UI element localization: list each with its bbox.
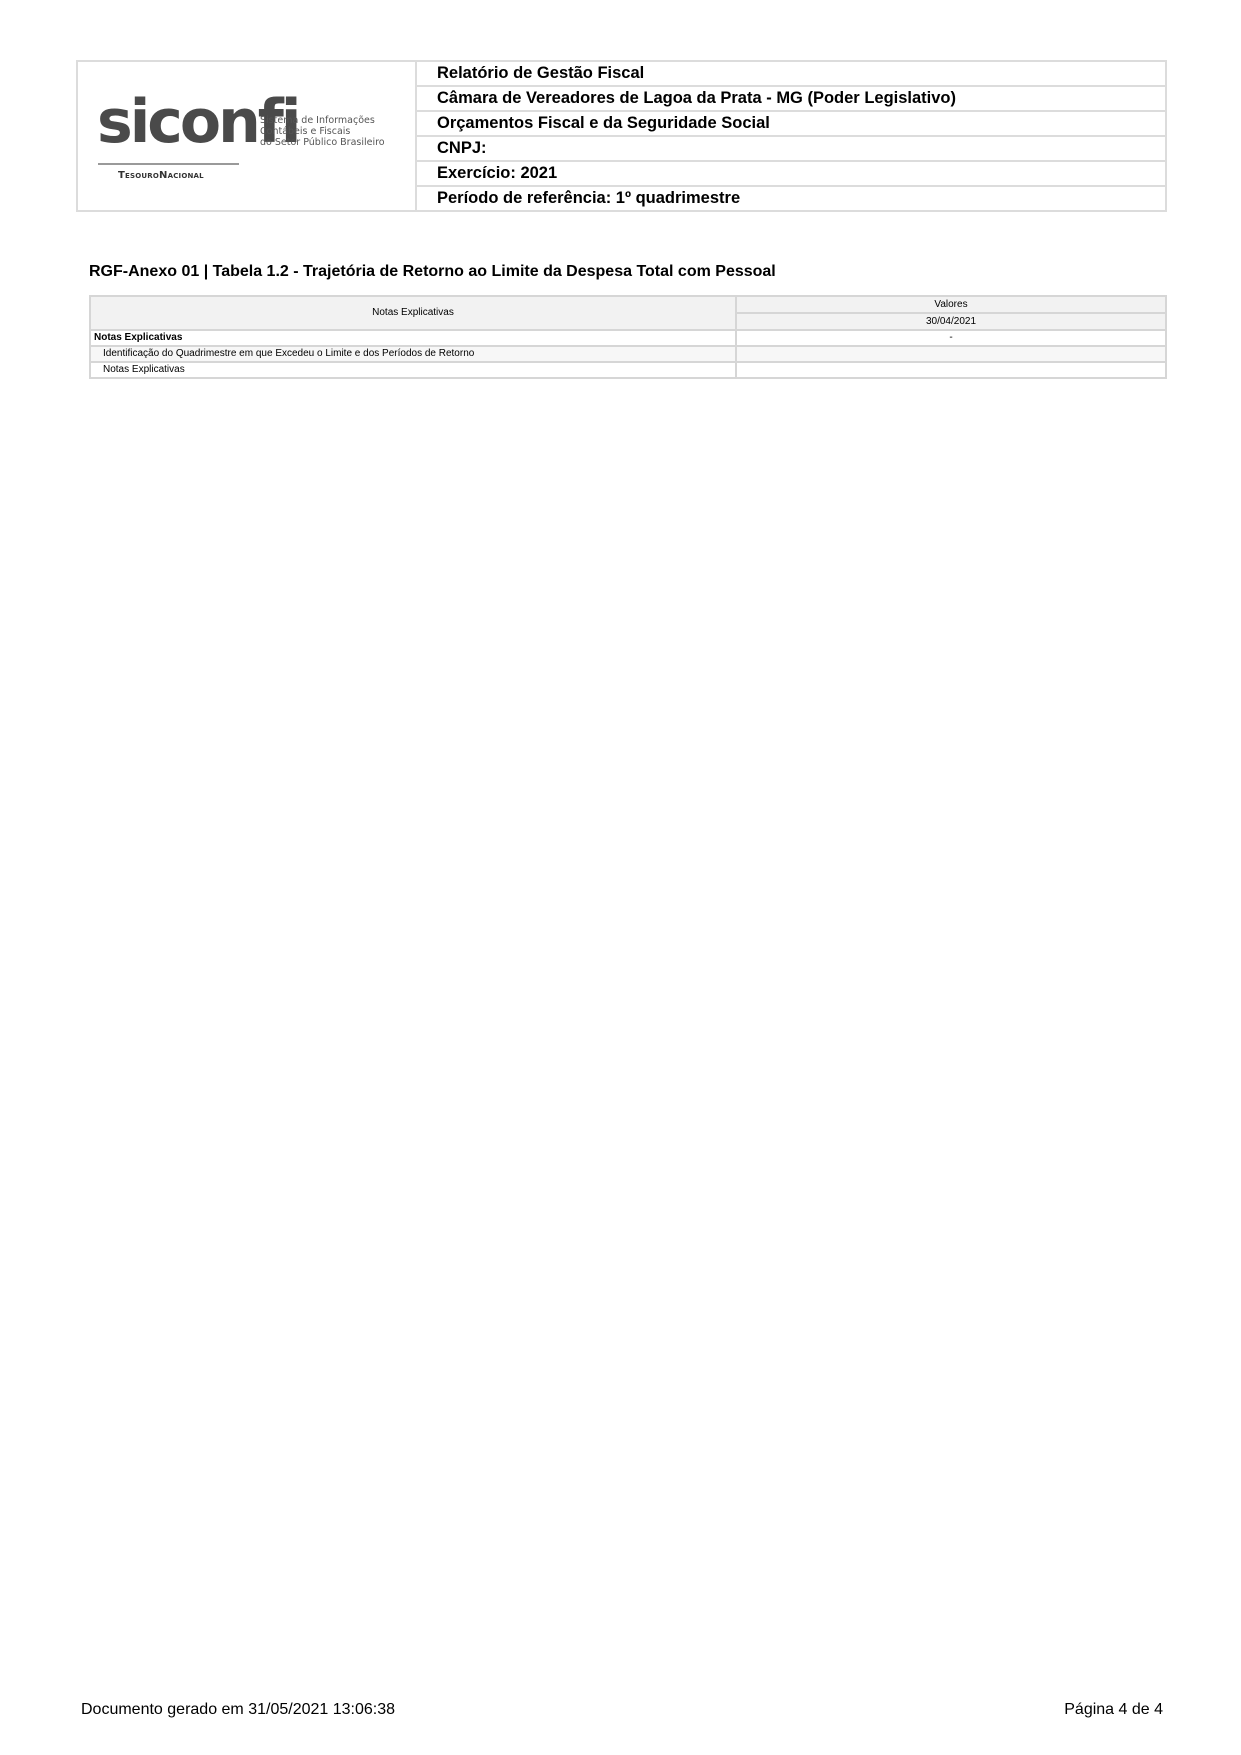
report-header: siconfi Sistema de Informações Contábeis… [76,60,1167,212]
logo-tagline-line: Sistema de Informações [260,115,385,126]
entity-name: Câmara de Vereadores de Lagoa da Prata -… [417,87,1165,112]
header-info: Relatório de Gestão Fiscal Câmara de Ver… [417,62,1165,210]
logo-tagline-line: Contábeis e Fiscais [260,126,385,137]
budget-scope: Orçamentos Fiscal e da Seguridade Social [417,112,1165,137]
siconfi-logo: siconfi Sistema de Informações Contábeis… [78,62,417,210]
row-label: Identificação do Quadrimestre em que Exc… [90,346,736,362]
row-label: Notas Explicativas [90,330,736,346]
fiscal-year: Exercício: 2021 [417,162,1165,187]
column-header-date: 30/04/2021 [736,313,1166,330]
row-value: - [736,330,1166,346]
row-label: Notas Explicativas [90,362,736,378]
column-header-values: Valores [736,296,1166,313]
report-type: Relatório de Gestão Fiscal [417,62,1165,87]
table-title: RGF-Anexo 01 | Tabela 1.2 - Trajetória d… [89,263,776,281]
logo-divider [98,163,239,165]
column-header-notes: Notas Explicativas [90,296,736,330]
generated-timestamp: Documento gerado em 31/05/2021 13:06:38 [81,1701,395,1719]
page-number: Página 4 de 4 [1064,1701,1163,1719]
notes-table: Notas Explicativas Valores 30/04/2021 No… [89,295,1167,379]
logo-tagline-line: do Setor Público Brasileiro [260,137,385,148]
row-value [736,346,1166,362]
table-row: Notas Explicativas [90,362,1166,378]
logo-tagline: Sistema de Informações Contábeis e Fisca… [260,115,385,148]
table-row: Notas Explicativas - [90,330,1166,346]
cnpj: CNPJ: [417,137,1165,162]
table-row: Identificação do Quadrimestre em que Exc… [90,346,1166,362]
logo-org-name: TesouroNacional [118,170,204,181]
reference-period: Período de referência: 1º quadrimestre [417,187,1165,210]
row-value [736,362,1166,378]
